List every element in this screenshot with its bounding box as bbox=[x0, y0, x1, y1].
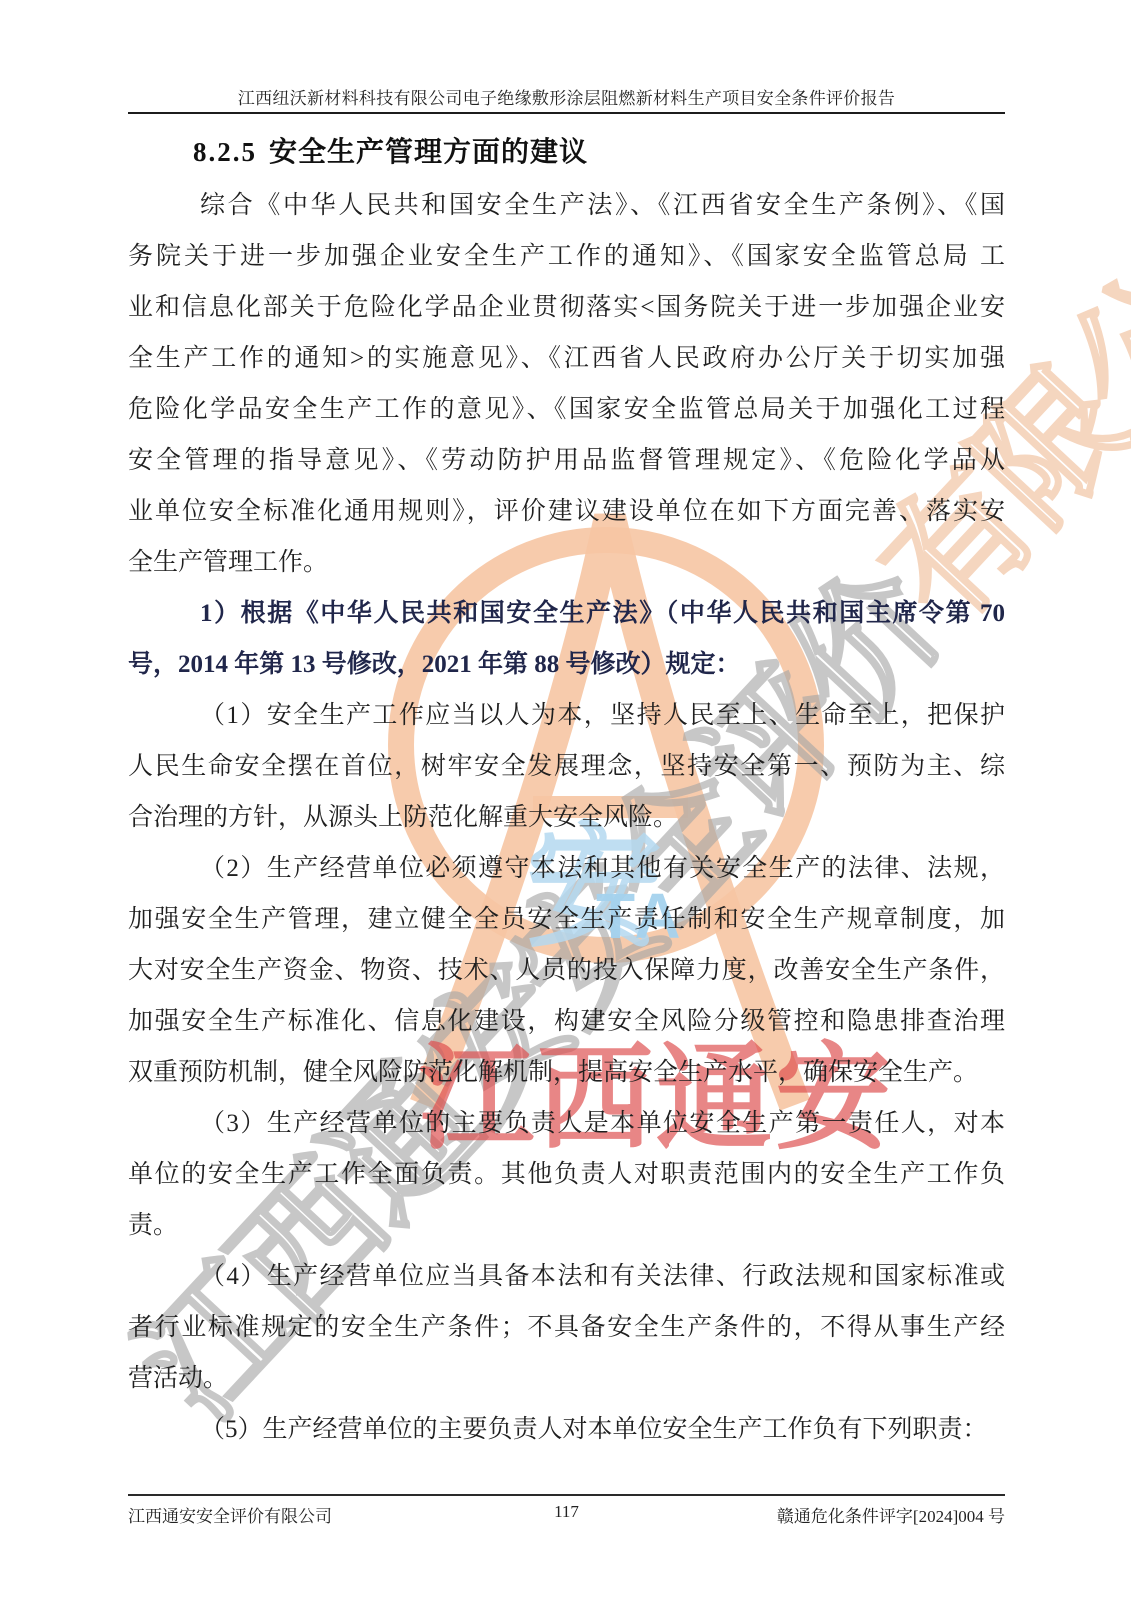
text-line: 单位的安全生产工作全面负责。其他负责人对职责范围内的安全生产工作负 bbox=[128, 1149, 1005, 1200]
text-line: 综合《中华人民共和国安全生产法》、《江西省安全生产条例》、《国 bbox=[128, 180, 1005, 231]
report-page: 江西通安安全评价有限公司 安 TA 江西通安 江西纽沃新材料科技有限公司电子绝缘… bbox=[0, 0, 1131, 1600]
text-line: 号，2014 年第 13 号修改，2021 年第 88 号修改）规定： bbox=[128, 639, 1005, 690]
text-line: （5）生产经营单位的主要负责人对本单位安全生产工作负有下列职责： bbox=[128, 1404, 1005, 1455]
text-line: （3）生产经营单位的主要负责人是本单位安全生产第一责任人，对本 bbox=[128, 1098, 1005, 1149]
text-line: （1）安全生产工作应当以人为本，坚持人民至上、生命至上，把保护 bbox=[128, 690, 1005, 741]
text-line: 责。 bbox=[128, 1200, 1005, 1251]
text-line: 营活动。 bbox=[128, 1353, 1005, 1404]
text-line: 1）根据《中华人民共和国安全生产法》（中华人民共和国主席令第 70 bbox=[128, 588, 1005, 639]
paragraph: （1）安全生产工作应当以人为本，坚持人民至上、生命至上，把保护人民生命安全摆在首… bbox=[128, 690, 1005, 843]
section-number: 8.2.5 bbox=[193, 137, 257, 167]
paragraph: 综合《中华人民共和国安全生产法》、《江西省安全生产条例》、《国务院关于进一步加强… bbox=[128, 180, 1005, 588]
text-line: （4）生产经营单位应当具备本法和有关法律、行政法规和国家标准或 bbox=[128, 1251, 1005, 1302]
text-line: 全生产管理工作。 bbox=[128, 537, 1005, 588]
paragraph: （4）生产经营单位应当具备本法和有关法律、行政法规和国家标准或者行业标准规定的安… bbox=[128, 1251, 1005, 1404]
page-footer: 江西通安安全评价有限公司 117 赣通危化条件评字[2024]004 号 bbox=[128, 1502, 1005, 1532]
text-line: 危险化学品安全生产工作的意见》、《国家安全监管总局关于加强化工过程 bbox=[128, 384, 1005, 435]
header-rule bbox=[128, 112, 1005, 114]
text-line: 人民生命安全摆在首位，树牢安全发展理念，坚持安全第一、预防为主、综 bbox=[128, 741, 1005, 792]
paragraph: （2）生产经营单位必须遵守本法和其他有关安全生产的法律、法规，加强安全生产管理，… bbox=[128, 843, 1005, 1098]
text-line: 者行业标准规定的安全生产条件；不具备安全生产条件的，不得从事生产经 bbox=[128, 1302, 1005, 1353]
footer-rule bbox=[128, 1494, 1005, 1496]
paragraph: （3）生产经营单位的主要负责人是本单位安全生产第一责任人，对本单位的安全生产工作… bbox=[128, 1098, 1005, 1251]
text-line: 业单位安全标准化通用规则》，评价建议建设单位在如下方面完善、落实安 bbox=[128, 486, 1005, 537]
footer-doc-number: 赣通危化条件评字[2024]004 号 bbox=[777, 1502, 1005, 1527]
text-line: 双重预防机制，健全风险防范化解机制，提高安全生产水平，确保安全生产。 bbox=[128, 1047, 1005, 1098]
text-line: 业和信息化部关于危险化学品企业贯彻落实<国务院关于进一步加强企业安 bbox=[128, 282, 1005, 333]
text-line: （2）生产经营单位必须遵守本法和其他有关安全生产的法律、法规， bbox=[128, 843, 1005, 894]
text-line: 安全管理的指导意见》、《劳动防护用品监督管理规定》、《危险化学品从 bbox=[128, 435, 1005, 486]
text-line: 务院关于进一步加强企业安全生产工作的通知》、《国家安全监管总局 工 bbox=[128, 231, 1005, 282]
text-line: 加强安全生产标准化、信息化建设，构建安全风险分级管控和隐患排查治理 bbox=[128, 996, 1005, 1047]
text-line: 全生产工作的通知>的实施意见》、《江西省人民政府办公厅关于切实加强 bbox=[128, 333, 1005, 384]
text-line: 加强安全生产管理，建立健全全员安全生产责任制和安全生产规章制度，加 bbox=[128, 894, 1005, 945]
page-content: 江西纽沃新材料科技有限公司电子绝缘敷形涂层阻燃新材料生产项目安全条件评价报告 8… bbox=[0, 0, 1131, 1600]
text-line: 合治理的方针，从源头上防范化解重大安全风险。 bbox=[128, 792, 1005, 843]
paragraph: （5）生产经营单位的主要负责人对本单位安全生产工作负有下列职责： bbox=[128, 1404, 1005, 1455]
document-body: 综合《中华人民共和国安全生产法》、《江西省安全生产条例》、《国务院关于进一步加强… bbox=[128, 180, 1005, 1455]
section-title: 安全生产管理方面的建议 bbox=[269, 136, 588, 167]
paragraph: 1）根据《中华人民共和国安全生产法》（中华人民共和国主席令第 70号，2014 … bbox=[128, 588, 1005, 690]
text-line: 大对安全生产资金、物资、技术、人员的投入保障力度，改善安全生产条件， bbox=[128, 945, 1005, 996]
page-header-title: 江西纽沃新材料科技有限公司电子绝缘敷形涂层阻燃新材料生产项目安全条件评价报告 bbox=[128, 84, 1005, 109]
section-heading: 8.2.5安全生产管理方面的建议 bbox=[193, 130, 588, 170]
